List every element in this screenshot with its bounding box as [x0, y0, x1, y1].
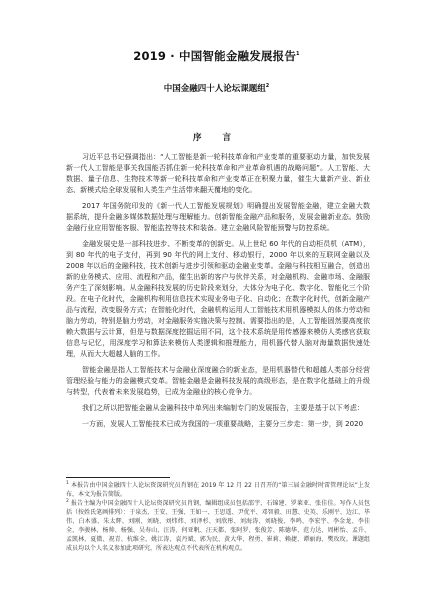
paragraph: 一方面，发展人工智能技术已成为我国的一项重要战略，主要分三步走：第一步，到 20…: [66, 419, 370, 430]
report-title: 2019 · 中国智能金融发展报告1: [0, 48, 433, 64]
document-page: 2019 · 中国智能金融发展报告1 中国金融四十人论坛课题组2 序 言 习近平…: [0, 0, 433, 610]
title-footnote-mark[interactable]: 1: [296, 51, 300, 57]
paragraph: 习近平总书记强调指出：“人工智能是新一轮科技革命和产业变革的重要驱动力量，加快发…: [66, 152, 370, 196]
paragraph: 我们之所以把智能金融从金融科技中单列出来编制专门的发展报告，主要是基于以下考虑：: [66, 403, 370, 414]
footnote-text: 报告主编为中国金融四十人论坛资深研究员肖钢，编辑组成员包括邵宇、石锦建、罗莱亚、…: [66, 500, 370, 552]
footnotes: 1本报告由中国金融四十人论坛资深研究员肖钢在 2019 年 12 月 22 日召…: [66, 481, 370, 553]
author-footnote-mark[interactable]: 2: [266, 83, 269, 89]
footnote-divider: [66, 477, 170, 478]
footnote-mark: 1: [66, 481, 69, 486]
paragraph: 智能金融是指人工智能技术与金融业深度融合的新业态，是用机器替代和超越人类部分经营…: [66, 365, 370, 398]
section-heading-preface: 序 言: [0, 131, 433, 143]
paragraph: 金融发展史是一部科技进步、不断变革的创新史。从上世纪 60 年代的自动柜员机（A…: [66, 239, 370, 360]
report-title-text: 2019 · 中国智能金融发展报告: [133, 49, 296, 63]
report-author: 中国金融四十人论坛课题组2: [0, 82, 433, 94]
body-text: 习近平总书记强调指出：“人工智能是新一轮科技革命和产业变革的重要驱动力量，加快发…: [66, 152, 370, 435]
footnote-2: 2报告主编为中国金融四十人论坛资深研究员肖钢，编辑组成员包括邵宇、石锦建、罗莱亚…: [66, 499, 370, 553]
footnote-1: 1本报告由中国金融四十人论坛资深研究员肖钢在 2019 年 12 月 22 日召…: [66, 481, 370, 499]
footnote-mark: 2: [66, 499, 69, 504]
footnote-text: 本报告由中国金融四十人论坛资深研究员肖钢在 2019 年 12 月 22 日召开…: [66, 482, 370, 498]
paragraph: 2017 年国务院印发的《新一代人工智能发展规划》明确提出发展智能金融，建立金融…: [66, 201, 370, 234]
report-author-text: 中国金融四十人论坛课题组: [164, 84, 266, 94]
